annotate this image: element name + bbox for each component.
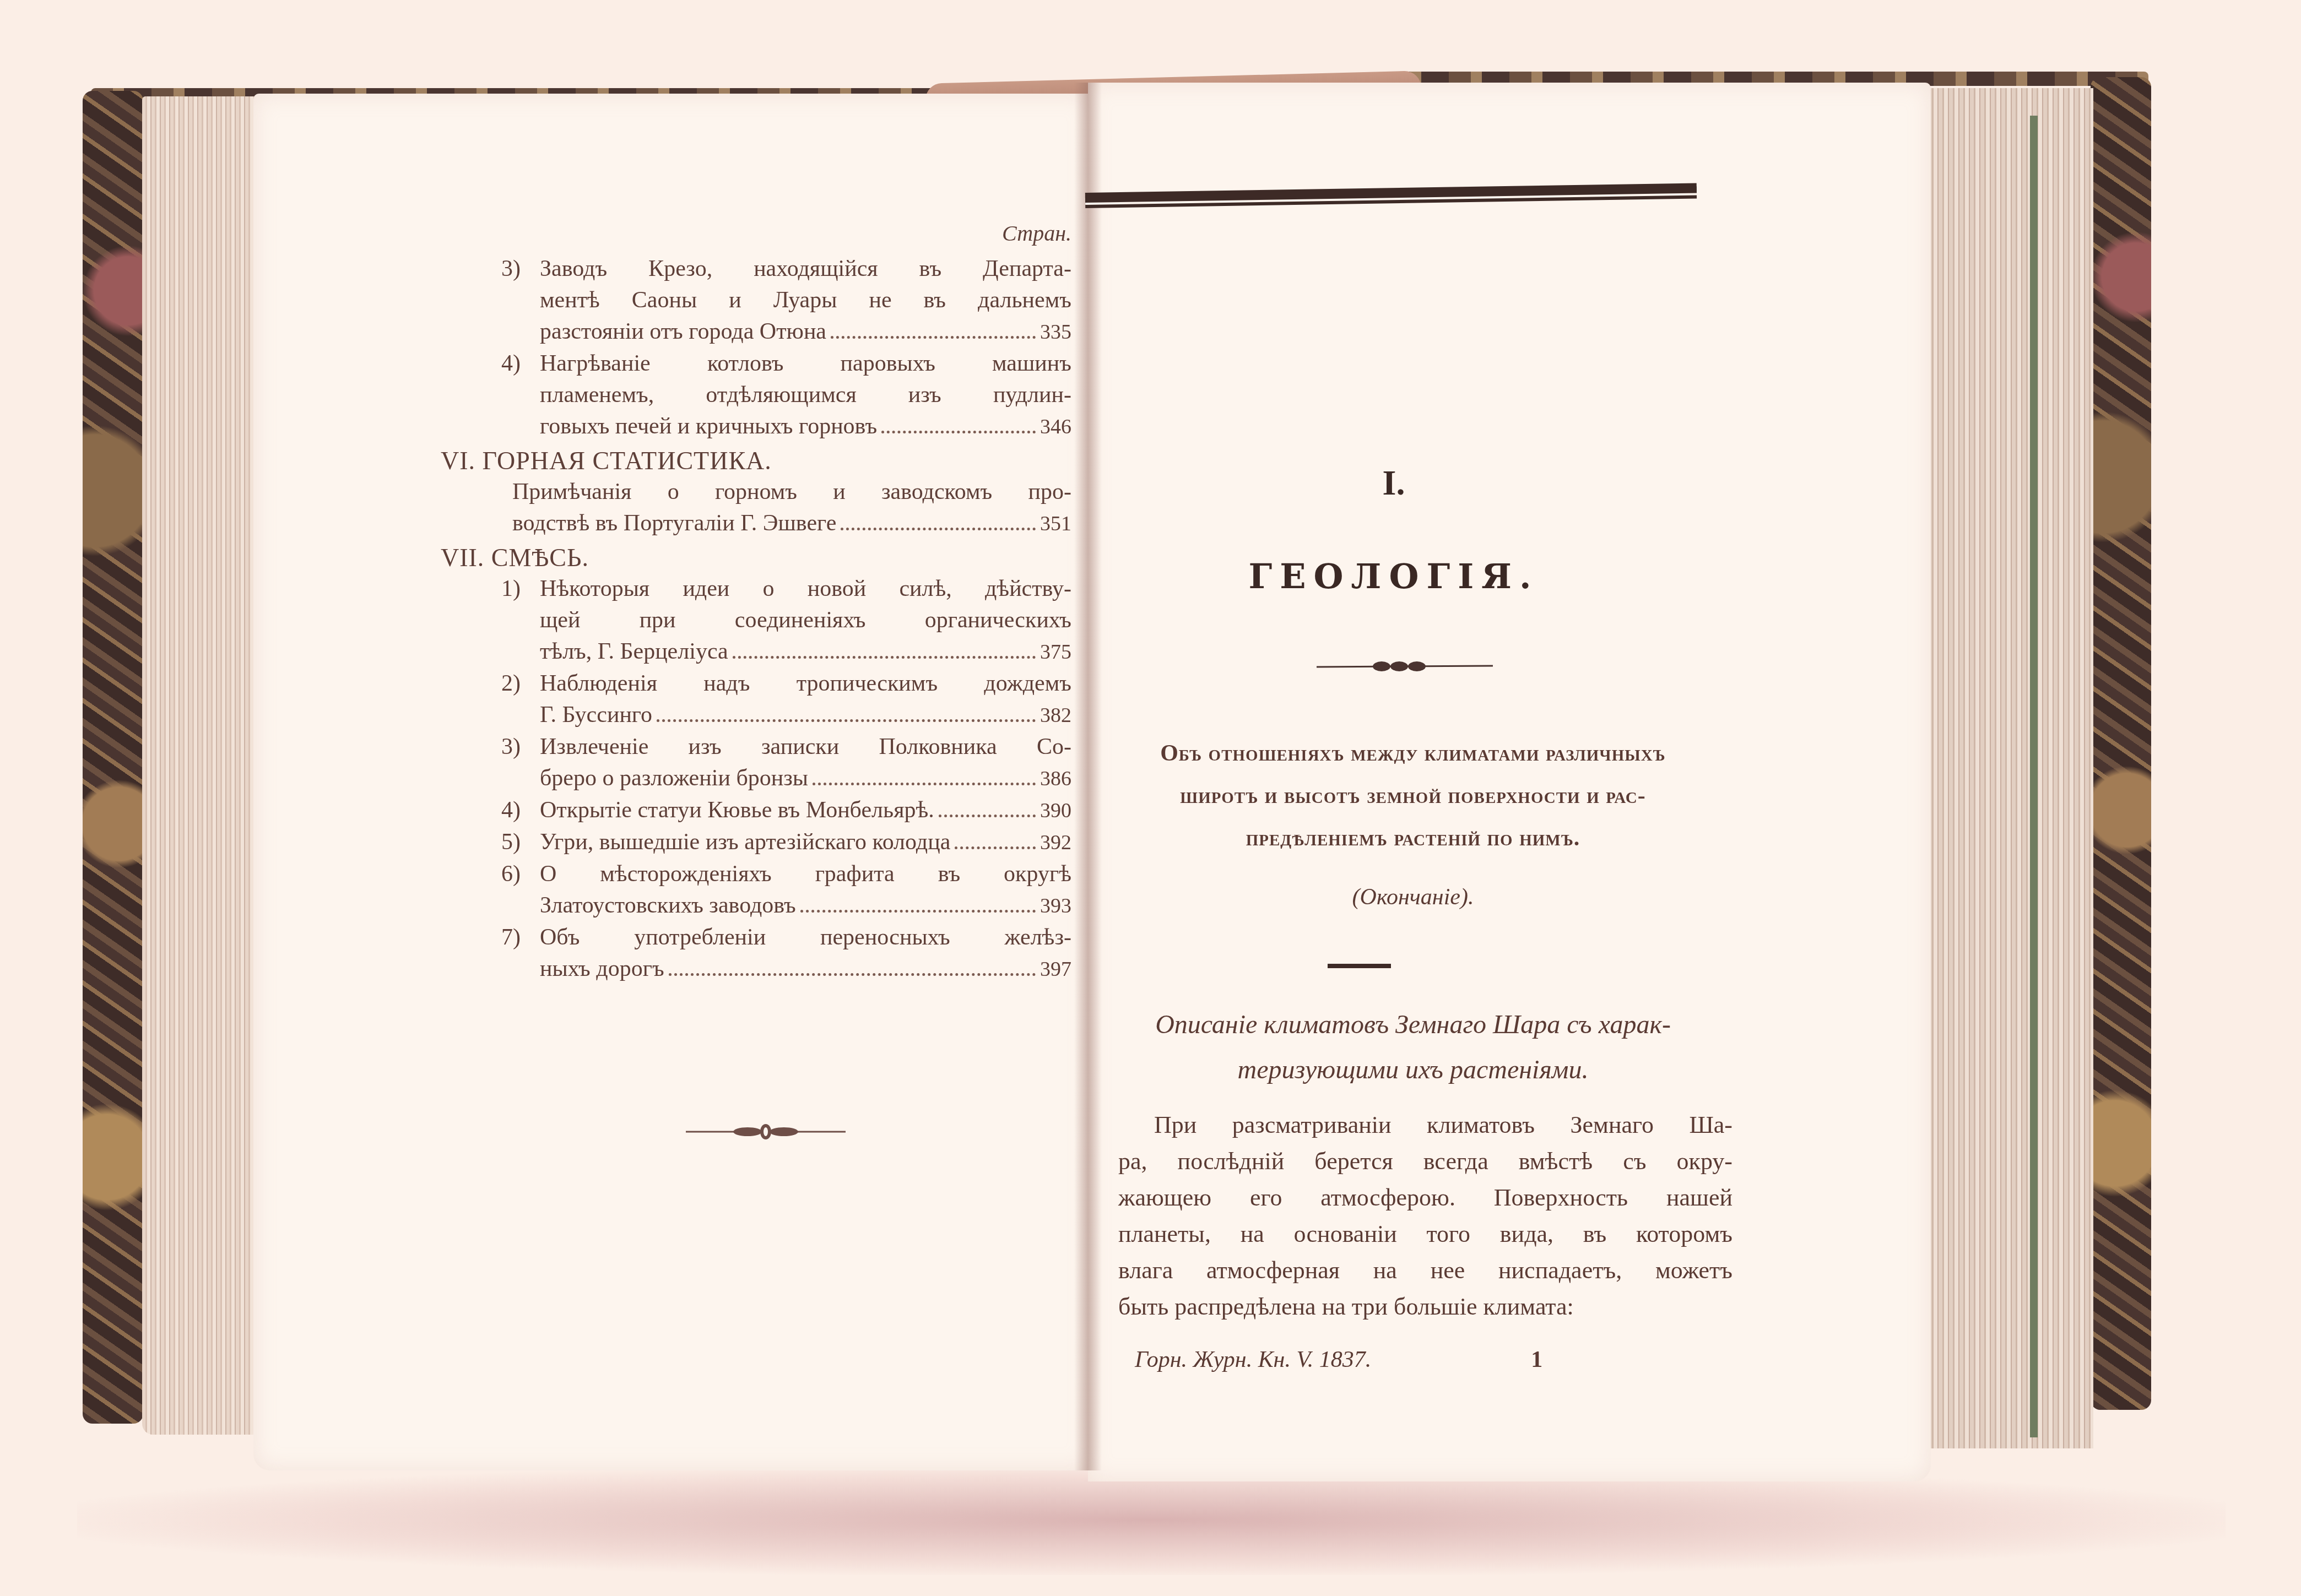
- toc-entry-last-line: разстояніи отъ города Отюна: [540, 316, 826, 348]
- leader-dots: [955, 846, 1036, 849]
- toc-entry-number: 4): [501, 348, 540, 443]
- toc-entry-line: Нѣкоторыя идеи о новой силѣ, дѣйству-: [540, 573, 1071, 605]
- section-numeral: I.: [1317, 463, 1471, 503]
- table-shadow: [77, 1465, 2226, 1575]
- table-of-contents: Стран. 3)Заводъ Крезо, находящійся въ Де…: [441, 218, 1071, 985]
- toc-page-number: 375: [1040, 637, 1071, 668]
- title-ornament-icon: [1317, 658, 1493, 675]
- toc-page-number: 397: [1040, 954, 1071, 985]
- toc-entry[interactable]: 3)Заводъ Крезо, находящійся въ Департа-м…: [441, 253, 1071, 348]
- toc-page-number: 392: [1040, 827, 1071, 859]
- page-edges-right: [1928, 88, 2093, 1448]
- toc-entry-number: 3): [501, 253, 540, 348]
- section-title: ГЕОЛОГІЯ.: [1173, 556, 1614, 596]
- toc-entry-line: щей при соединеніяхъ органическихъ: [540, 605, 1071, 636]
- toc-entry-last-line: говыхъ печей и кричныхъ горновъ: [540, 411, 877, 442]
- toc-page-number: 351: [1040, 508, 1071, 540]
- toc-entry-line: Нагрѣваніе котловъ паровыхъ машинъ: [540, 348, 1071, 379]
- page-number: 1: [1531, 1347, 1542, 1373]
- toc-page-number: 390: [1040, 795, 1071, 827]
- toc-entry-number: 5): [501, 827, 540, 859]
- toc-entry-line: Примѣчанія о горномъ и заводскомъ про-: [512, 476, 1071, 508]
- toc-entry-last-line: ныхъ дорогъ: [540, 953, 664, 985]
- leader-dots: [669, 973, 1036, 976]
- article-title: Объ отношеніяхъ между климатами различны…: [1093, 732, 1732, 860]
- journal-signature: Горн. Журн. Кн. V. 1837.: [1135, 1347, 1371, 1373]
- leader-dots: [813, 783, 1036, 785]
- toc-entry-number: 6): [501, 859, 540, 922]
- toc-entry-line: ментѣ Саоны и Луары не въ дальнемъ: [540, 285, 1071, 316]
- toc-entry-number: 4): [501, 795, 540, 827]
- toc-page-number: 386: [1040, 763, 1071, 795]
- continued-label: (Окончаніе).: [1322, 884, 1504, 910]
- toc-entry[interactable]: 6)О мѣсторожденіяхъ графита въ округѣЗла…: [441, 859, 1071, 922]
- toc-entry[interactable]: 7)Объ употребленіи переносныхъ желѣз-ных…: [441, 922, 1071, 985]
- tailpiece-ornament-icon: [686, 1123, 846, 1140]
- toc-entry[interactable]: 4)Нагрѣваніе котловъ паровыхъ машинъплам…: [441, 348, 1071, 443]
- toc-entry-last-line: Г. Буссинго: [540, 699, 652, 731]
- marbled-cover-left: [83, 91, 143, 1424]
- toc-entry-last-line: Открытіе статуи Кювье въ Монбельярѣ.: [540, 795, 934, 826]
- leader-dots: [939, 815, 1036, 817]
- toc-entry-number: 3): [501, 731, 540, 795]
- toc-entry[interactable]: 5)Угри, вышедшіе изъ артезійскаго колодц…: [441, 827, 1071, 859]
- article-subtitle: Описаніе климатовъ Земнаго Шара съ харак…: [1093, 1002, 1732, 1093]
- toc-entry-last-line: тѣлъ, Г. Берцеліуса: [540, 636, 728, 667]
- bookmark-ribbon[interactable]: [2030, 116, 2038, 1437]
- toc-entry[interactable]: 2)Наблюденія надъ тропическимъ дождемъГ.…: [441, 668, 1071, 731]
- toc-entry-last-line: бреро о разложеніи бронзы: [540, 763, 808, 794]
- toc-page-column-header: Стран.: [441, 218, 1071, 249]
- leader-dots: [733, 656, 1036, 659]
- page-footer: Горн. Журн. Кн. V. 1837. 1: [1135, 1347, 1631, 1373]
- toc-entry-last-line: водствѣ въ Португаліи Г. Эшвеге: [512, 508, 836, 539]
- toc-entry-line: Заводъ Крезо, находящійся въ Департа-: [540, 253, 1071, 285]
- marbled-cover-right: [2091, 77, 2151, 1410]
- leader-dots: [657, 719, 1036, 722]
- toc-entry-last-line: Златоустовскихъ заводовъ: [540, 890, 796, 921]
- toc-entry-last-line: Угри, вышедшіе изъ артезійскаго колодца: [540, 827, 950, 858]
- toc-entry-line: Наблюденія надъ тропическимъ дождемъ: [540, 668, 1071, 699]
- toc-entry[interactable]: 4)Открытіе статуи Кювье въ Монбельярѣ.39…: [441, 795, 1071, 827]
- toc-entry[interactable]: 1)Нѣкоторыя идеи о новой силѣ, дѣйству-щ…: [441, 573, 1071, 668]
- toc-entry-number: 7): [501, 922, 540, 985]
- toc-entry-number: 2): [501, 668, 540, 731]
- leader-dots: [881, 431, 1036, 433]
- toc-entry-line: Извлеченіе изъ записки Полковника Со-: [540, 731, 1071, 763]
- toc-entry-line: пламенемъ, отдѣляющимся изъ пудлин-: [540, 379, 1071, 411]
- toc-entry-line: Объ употребленіи переносныхъ желѣз-: [540, 922, 1071, 953]
- short-rule: [1328, 964, 1391, 968]
- toc-entry-number: 1): [501, 573, 540, 668]
- toc-entry[interactable]: 3)Извлеченіе изъ записки Полковника Со-б…: [441, 731, 1071, 795]
- toc-entry-line: О мѣсторожденіяхъ графита въ округѣ: [540, 859, 1071, 890]
- toc-section-heading: VII. СМѢСЬ.: [441, 542, 1071, 573]
- toc-section-heading: VI. ГОРНАЯ СТАТИСТИКА.: [441, 445, 1071, 476]
- toc-page-number: 382: [1040, 700, 1071, 731]
- leader-dots: [841, 528, 1036, 530]
- toc-page-number: 335: [1040, 317, 1071, 348]
- body-paragraph: При разсматриваніи климатовъ Земнаго Ша-…: [1118, 1107, 1732, 1325]
- toc-entry[interactable]: Примѣчанія о горномъ и заводскомъ про-во…: [441, 476, 1071, 540]
- leader-dots: [800, 910, 1036, 913]
- leader-dots: [831, 336, 1036, 339]
- toc-page-number: 393: [1040, 891, 1071, 922]
- page-edges-left: [142, 96, 258, 1435]
- toc-page-number: 346: [1040, 411, 1071, 443]
